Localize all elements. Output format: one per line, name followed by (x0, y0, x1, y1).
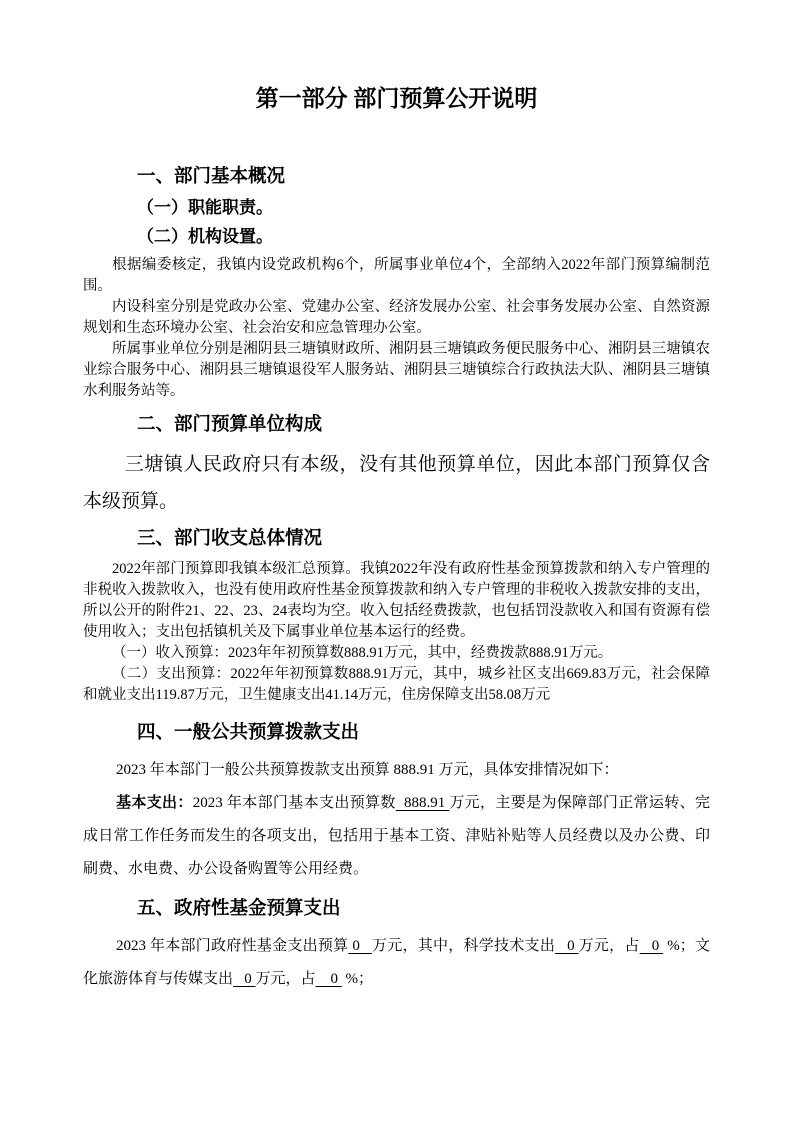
gov-fund-text-1: 2023 年本部门政府性基金支出预算 (116, 938, 348, 954)
section-3-heading: 三、部门收支总体情况 (83, 526, 710, 550)
basic-expenditure-underlined-value: 888.91 (396, 795, 450, 811)
section-1-heading: 一、部门基本概况 (83, 164, 710, 188)
section-5-gov-fund-paragraph: 2023 年本部门政府性基金支出预算 0 万元，其中，科学技术支出 0 万元，占… (83, 930, 710, 996)
basic-expenditure-label: 基本支出： (116, 795, 193, 811)
section-2-heading: 二、部门预算单位构成 (83, 412, 710, 436)
section-1-paragraph-1: 根据编委核定，我镇内设党政机构6个，所属事业单位4个，全部纳入2022年部门预算… (83, 255, 710, 297)
section-3-expenditure-item: （二）支出预算：2022年年初预算数888.91万元，其中，城乡社区支出669.… (83, 664, 710, 706)
gov-fund-text-5: 万元，占 (256, 971, 316, 987)
section-4-heading: 四、一般公共预算拨款支出 (83, 720, 710, 744)
gov-fund-text-6: %； (342, 971, 373, 987)
document-page: 第一部分 部门预算公开说明 一、部门基本概况 （一）职能职责。 （二）机构设置。… (0, 0, 793, 1122)
gov-fund-total-underlined-value: 0 (348, 938, 372, 954)
section-1-paragraph-2: 内设科室分别是党政办公室、党建办公室、经济发展办公室、社会事务发展办公室、自然资… (83, 297, 710, 339)
culture-media-underlined-value: 0 (233, 971, 256, 987)
section-5-heading: 五、政府性基金预算支出 (83, 896, 710, 920)
section-1-subheading-1: （一）职能职责。 (83, 197, 710, 219)
gov-fund-text-3: 万元，占 (579, 938, 640, 954)
document-title: 第一部分 部门预算公开说明 (83, 84, 710, 114)
section-2-paragraph: 三塘镇人民政府只有本级，没有其他预算单位，因此本部门预算仅含本级预算。 (83, 446, 710, 520)
basic-expenditure-text-1: 2023 年本部门基本支出预算数 (193, 795, 396, 811)
gov-fund-text-2: 万元，其中，科学技术支出 (372, 938, 555, 954)
section-4-basic-expenditure-paragraph: 基本支出：2023 年本部门基本支出预算数 888.91 万元，主要是为保障部门… (83, 787, 710, 886)
section-4-paragraph-1: 2023 年本部门一般公共预算拨款支出预算 888.91 万元，具体安排情况如下… (83, 754, 710, 787)
science-tech-underlined-value: 0 (555, 938, 579, 954)
section-1-paragraph-3: 所属事业单位分别是湘阴县三塘镇财政所、湘阴县三塘镇政务便民服务中心、湘阴县三塘镇… (83, 339, 710, 402)
culture-media-percent-underlined-value: 0 (316, 971, 342, 987)
section-3-income-item: （一）收入预算：2023年年初预算数888.91万元，其中，经费拨款888.91… (83, 643, 710, 664)
section-3-paragraph-1: 2022年部门预算即我镇本级汇总预算。我镇2022年没有政府性基金预算拨款和纳入… (83, 559, 710, 643)
science-tech-percent-underlined-value: 0 (640, 938, 664, 954)
section-1-subheading-2: （二）机构设置。 (83, 226, 710, 248)
